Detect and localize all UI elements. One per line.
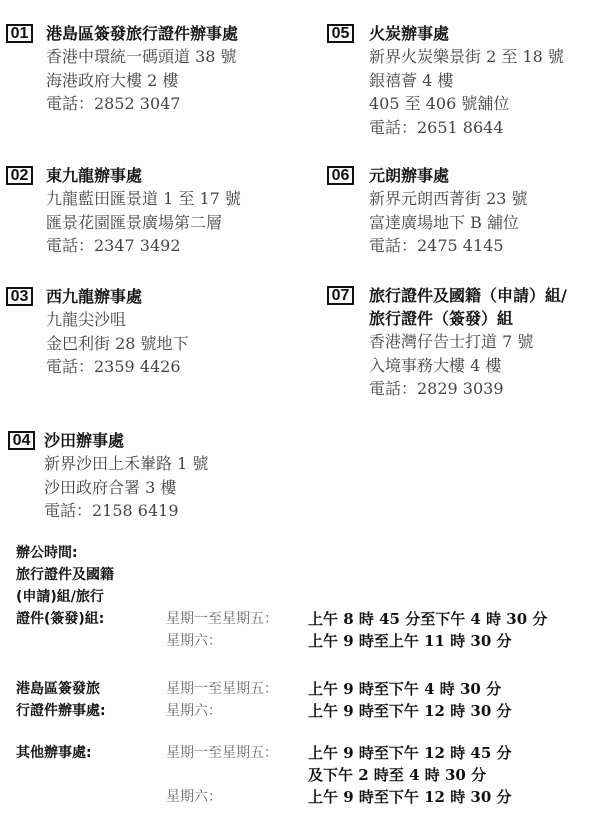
hours-row-saturday: 星期六： 上午 9 時至上午 11 時 30 分 (16, 630, 606, 652)
group-label-line: 旅行證件及國籍 (16, 564, 114, 586)
office-name: 東九龍辦事處 (46, 164, 241, 187)
office-hours-section: 辦公時間: 旅行證件及國籍 (申請)組/旅行 證件(簽發)組: 星期一至星期五：… (16, 542, 606, 812)
day-label: 星期一至星期五： (166, 742, 278, 764)
office-number-badge: 03 (6, 287, 33, 306)
office-hours-title: 辦公時間: (16, 542, 606, 564)
address-line: 入境事務大樓 4 樓 (369, 354, 567, 378)
office-name: 旅行證件及國籍（申請）組/ (369, 284, 567, 307)
group-label-line: (申請)組/旅行 (16, 586, 114, 608)
time-value: 上午 9 時至下午 4 時 30 分 (308, 678, 501, 700)
hours-group-travel-documents: 旅行證件及國籍 (申請)組/旅行 證件(簽發)組: 星期一至星期五： 上午 8 … (16, 564, 606, 674)
hours-row-saturday: 星期六： 上午 9 時至下午 12 時 30 分 (16, 786, 606, 808)
hours-group-hk-island: 港島區簽發旅 行證件辦事處: 星期一至星期五： 上午 9 時至下午 4 時 30… (16, 678, 606, 742)
time-value: 上午 8 時 45 分至下午 4 時 30 分 (308, 608, 547, 630)
office-number-badge: 02 (6, 166, 33, 185)
office-details: 港島區簽發旅行證件辦事處 香港中環統一碼頭道 38 號 海港政府大樓 2 樓 電… (46, 24, 238, 116)
hours-group-other-offices: 其他辦事處: 星期一至星期五： 上午 9 時至下午 12 時 45 分 及下午 … (16, 742, 606, 812)
day-label: 星期六： (166, 630, 222, 652)
office-name: 西九龍辦事處 (46, 285, 189, 308)
phone-number: 電話：2347 3492 (46, 234, 241, 258)
phone-number: 電話：2829 3039 (369, 377, 567, 401)
hours-row-weekdays: 星期一至星期五： 上午 8 時 45 分至下午 4 時 30 分 (16, 608, 606, 630)
phone-number: 電話：2359 4426 (46, 355, 189, 379)
address-line: 九龍尖沙咀 (46, 308, 189, 332)
office-details: 旅行證件及國籍（申請）組/ 旅行證件（簽發）組 香港灣仔告士打道 7 號 入境事… (369, 286, 567, 401)
office-number-badge: 07 (327, 286, 354, 305)
address-line: 海港政府大樓 2 樓 (46, 69, 238, 93)
phone-number: 電話：2651 8644 (369, 116, 564, 140)
office-details: 東九龍辦事處 九龍藍田匯景道 1 至 17 號 匯景花園匯景廣場第二層 電話：2… (46, 166, 241, 258)
phone-number: 電話：2475 4145 (369, 234, 528, 258)
office-number-badge: 05 (327, 24, 354, 43)
address-line: 銀禧薈 4 樓 (369, 69, 564, 93)
office-number-badge: 01 (6, 24, 33, 43)
office-details: 沙田辦事處 新界沙田上禾輋路 1 號 沙田政府合署 3 樓 電話：2158 64… (44, 431, 208, 523)
office-details: 火炭辦事處 新界火炭樂景街 2 至 18 號 銀禧薈 4 樓 405 至 406… (369, 24, 564, 139)
address-line: 九龍藍田匯景道 1 至 17 號 (46, 187, 241, 211)
time-value: 上午 9 時至下午 12 時 30 分 (308, 786, 512, 808)
address-line: 匯景花園匯景廣場第二層 (46, 211, 241, 235)
office-name: 火炭辦事處 (369, 22, 564, 45)
address-line: 405 至 406 號舖位 (369, 92, 564, 116)
office-details: 西九龍辦事處 九龍尖沙咀 金巴利街 28 號地下 電話：2359 4426 (46, 287, 189, 379)
office-name: 旅行證件（簽發）組 (369, 307, 567, 330)
phone-number: 電話：2852 3047 (46, 92, 238, 116)
time-value: 及下午 2 時至 4 時 30 分 (308, 764, 486, 786)
office-number-badge: 06 (327, 166, 354, 185)
hours-row-weekdays: 星期一至星期五： 上午 9 時至下午 12 時 45 分 (16, 742, 606, 764)
hours-row-weekdays-afternoon: 及下午 2 時至 4 時 30 分 (16, 764, 606, 786)
office-name: 港島區簽發旅行證件辦事處 (46, 22, 238, 45)
time-value: 上午 9 時至下午 12 時 30 分 (308, 700, 512, 722)
address-line: 富達廣場地下 B 舖位 (369, 211, 528, 235)
day-label: 星期一至星期五： (166, 678, 278, 700)
address-line: 香港中環統一碼頭道 38 號 (46, 45, 238, 69)
phone-number: 電話：2158 6419 (44, 499, 208, 523)
time-value: 上午 9 時至上午 11 時 30 分 (308, 630, 512, 652)
hours-row-saturday: 星期六： 上午 9 時至下午 12 時 30 分 (16, 700, 606, 722)
day-label: 星期六： (166, 700, 222, 722)
day-label: 星期六： (166, 786, 222, 808)
office-details: 元朗辦事處 新界元朗西菁街 23 號 富達廣場地下 B 舖位 電話：2475 4… (369, 166, 528, 258)
office-number-badge: 04 (8, 431, 35, 450)
address-line: 新界沙田上禾輋路 1 號 (44, 452, 208, 476)
address-line: 新界元朗西菁街 23 號 (369, 187, 528, 211)
address-line: 香港灣仔告士打道 7 號 (369, 330, 567, 354)
hours-row-weekdays: 星期一至星期五： 上午 9 時至下午 4 時 30 分 (16, 678, 606, 700)
address-line: 沙田政府合署 3 樓 (44, 476, 208, 500)
address-line: 金巴利街 28 號地下 (46, 332, 189, 356)
day-label: 星期一至星期五： (166, 608, 278, 630)
address-line: 新界火炭樂景街 2 至 18 號 (369, 45, 564, 69)
time-value: 上午 9 時至下午 12 時 45 分 (308, 742, 512, 764)
office-name: 元朗辦事處 (369, 164, 528, 187)
office-name: 沙田辦事處 (44, 429, 208, 452)
